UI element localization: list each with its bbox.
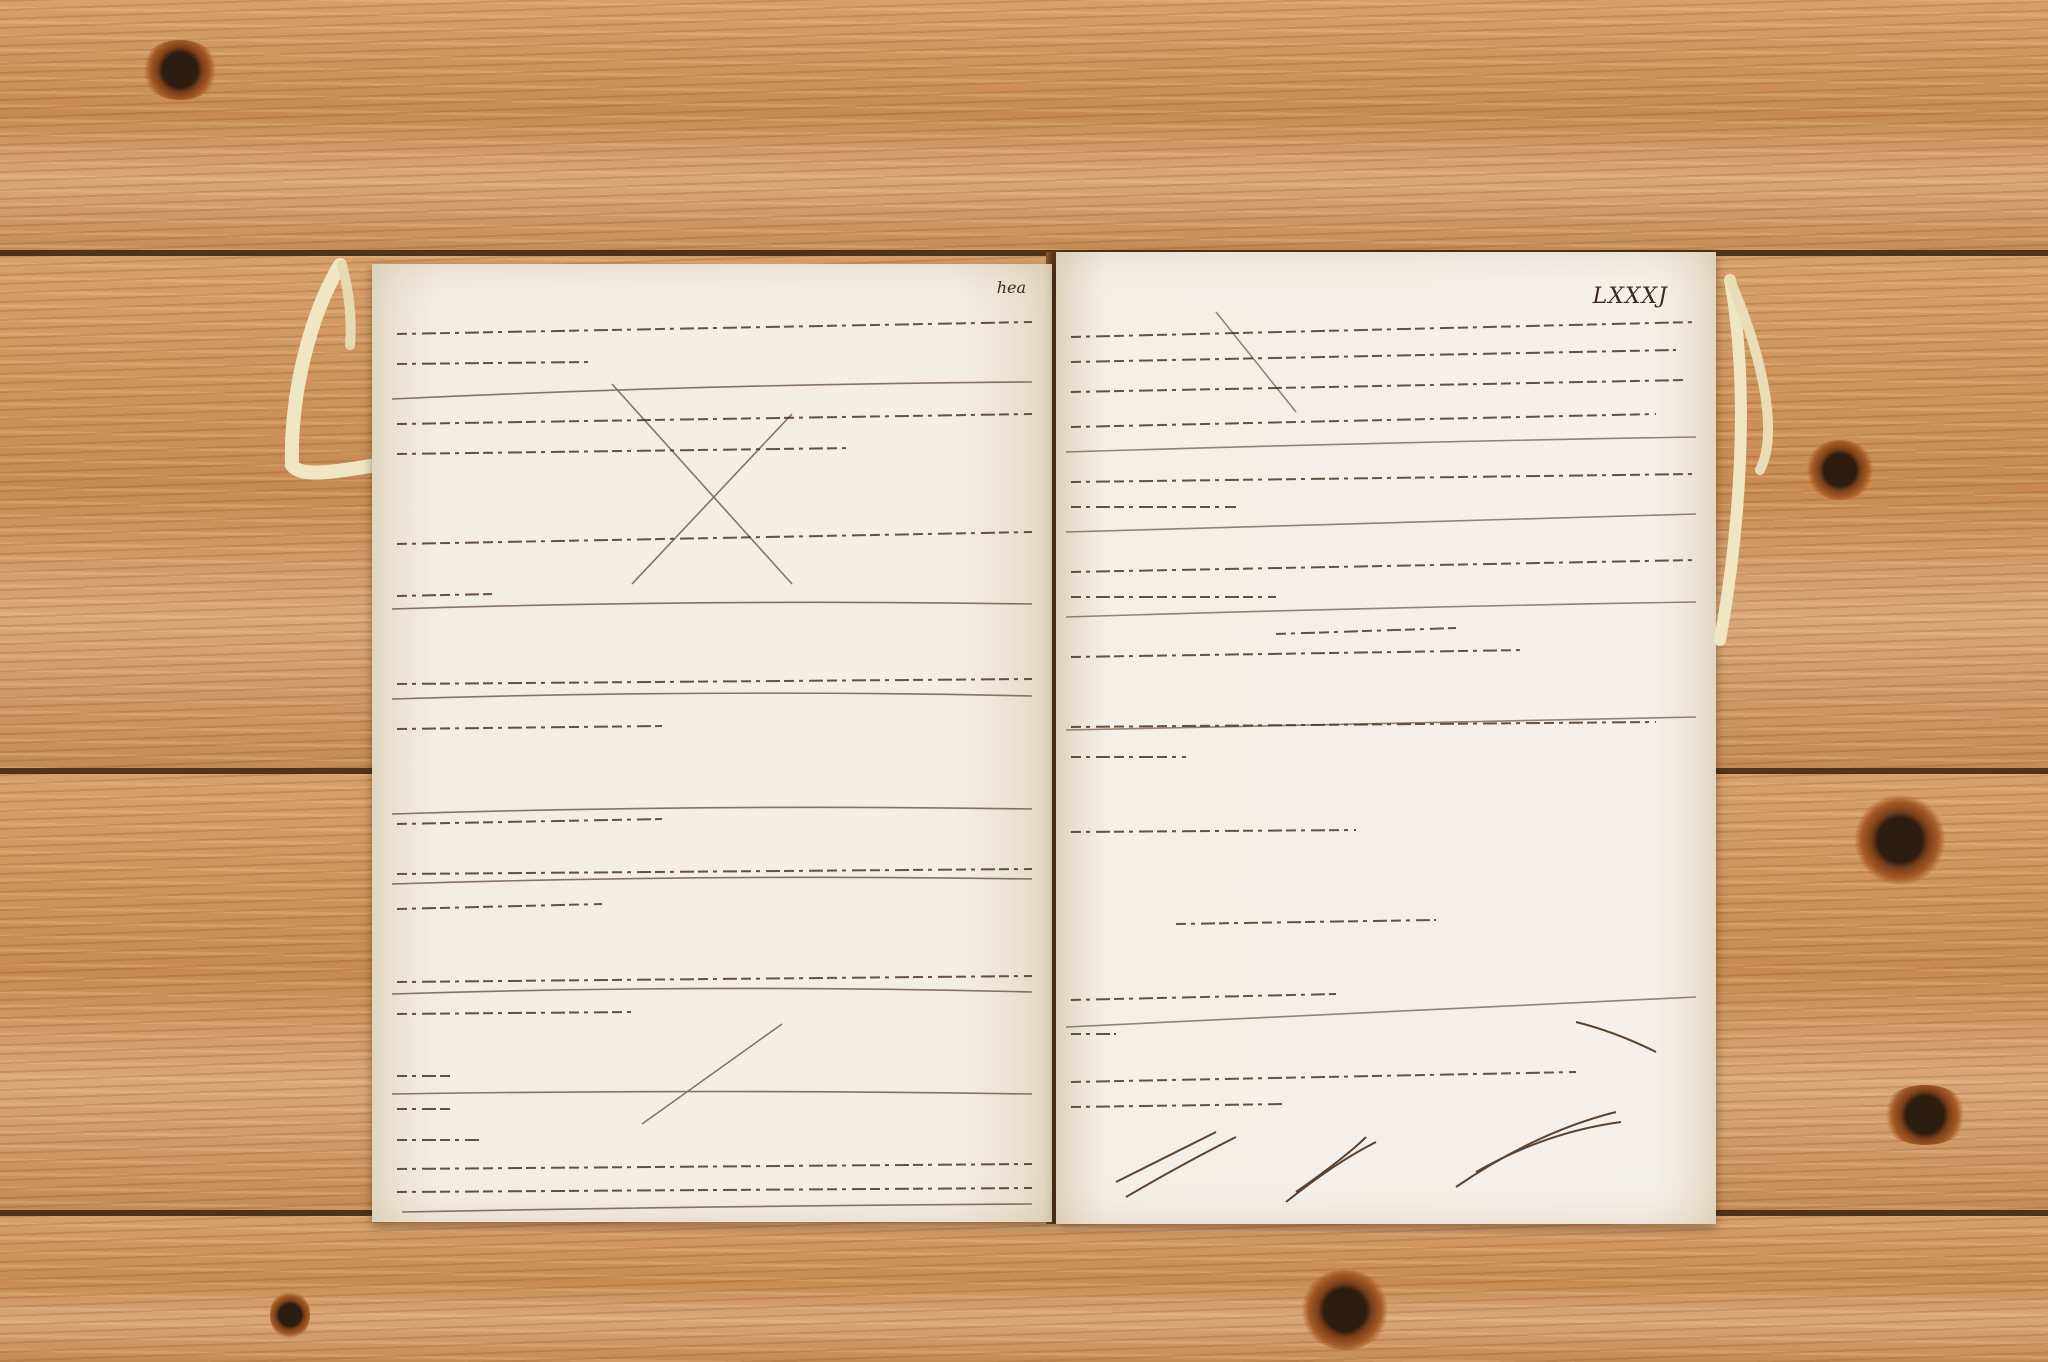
- wood-plank-4: [0, 1216, 2048, 1362]
- bookmark-ribbon-left: [270, 255, 380, 485]
- left-page: hea: [372, 264, 1052, 1222]
- wood-knot: [1880, 1085, 1970, 1145]
- bookmark-ribbon-right: [1700, 270, 1780, 650]
- right-page: LXXXJ: [1056, 252, 1716, 1224]
- wood-knot: [1805, 440, 1875, 500]
- wood-knot: [270, 1290, 310, 1340]
- wood-knot: [1300, 1270, 1390, 1350]
- wood-plank-1: [0, 0, 2048, 255]
- handwritten-entries-right: [1056, 252, 1716, 1224]
- handwritten-entries-left: [372, 264, 1052, 1222]
- wood-knot: [1855, 795, 1945, 885]
- open-manuscript: hea: [372, 252, 1716, 1224]
- wood-knot: [140, 40, 220, 100]
